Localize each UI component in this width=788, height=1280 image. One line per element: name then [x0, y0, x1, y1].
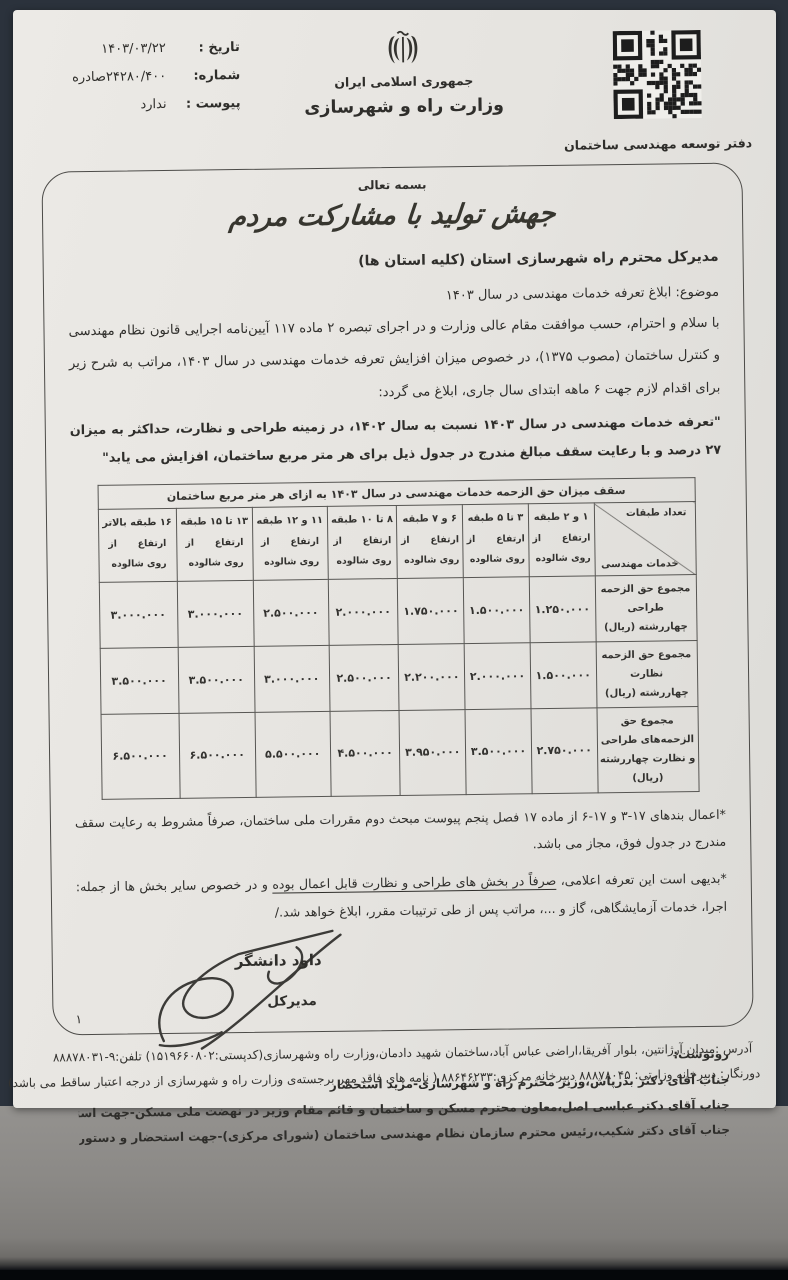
table-header-row: تعداد طبقات خدمات مهندسی ۱ و ۲ طبقهارتفا…	[98, 502, 696, 582]
footnote-2-prefix: *بدیهی است این تعرفه اعلامی،	[556, 871, 727, 888]
cell-value: ۶.۵۰۰.۰۰۰	[101, 713, 180, 799]
column-floors: ۱۶ طبقه بالاتر	[99, 515, 174, 533]
handwritten-signature	[136, 923, 378, 1060]
column-note: ارتفاع از روی شالوده	[467, 529, 526, 571]
cell-value: ۲.۵۰۰.۰۰۰	[329, 644, 400, 711]
highlight-paragraph: "تعرفه خدمات مهندسی در سال ۱۴۰۳ نسبت به …	[70, 409, 722, 473]
cell-value: ۲.۷۵۰.۰۰۰	[531, 707, 598, 793]
row-label-main: مجموع حق الزحمه طراحی	[600, 583, 690, 614]
column-note: ارتفاع از روی شالوده	[185, 533, 244, 575]
recipient-line: مدیرکل محترم راه شهرسازی استان (کلیه است…	[68, 249, 719, 274]
row-label-main: مجموع حق الزحمه‌های طراحی	[601, 715, 694, 746]
column-header: ۸ تا ۱۰ طبقهارتفاع از روی شالوده	[327, 506, 398, 579]
letterhead: دفتر توسعه مهندسی ساختمان	[32, 19, 749, 159]
meta-number: شماره: ۲۴۲۸۰/۴۰۰صادره	[32, 68, 240, 86]
bottom-black-bar	[0, 1270, 788, 1280]
footnote-1: *اعمال بندهای ۱۷-۳ و ۱۷-۶ از ماده ۱۷ فصل…	[75, 800, 727, 864]
cell-value: ۱.۵۰۰.۰۰۰	[463, 576, 530, 643]
column-header: ۱۱ و ۱۲ طبقهارتفاع از روی شالوده	[252, 506, 328, 580]
cell-value: ۱.۵۰۰.۰۰۰	[530, 641, 597, 708]
bismillah: بسمه تعالی	[67, 174, 718, 197]
letterhead-center: جمهوری اسلامی ایران وزارت راه و شهرسازی	[240, 22, 568, 119]
attachment-label: پیوست :	[166, 96, 240, 112]
date-label: تاریخ :	[166, 40, 240, 56]
row-label-sub: چهاررشته (ریال)	[605, 687, 689, 699]
cell-value: ۳.۰۰۰.۰۰۰	[99, 581, 178, 648]
column-floors: ۱۱ و ۱۲ طبقه	[254, 513, 326, 531]
cell-value: ۳.۹۵۰.۰۰۰	[399, 709, 466, 795]
cell-value: ۲.۵۰۰.۰۰۰	[253, 579, 329, 646]
date-value: ۱۴۰۳/۰۳/۲۲	[101, 41, 166, 57]
page-number: ۱	[75, 1012, 82, 1026]
row-label: مجموع حق الزحمه طراحیچهاررشته (ریال)	[595, 574, 697, 641]
letterhead-right: دفتر توسعه مهندسی ساختمان	[567, 19, 749, 152]
iran-emblem-icon	[385, 53, 422, 72]
cell-value: ۲.۰۰۰.۰۰۰	[464, 642, 531, 709]
meta-date: تاریخ : ۱۴۰۳/۰۳/۲۲	[32, 40, 240, 58]
diagonal-bottom-label: خدمات مهندسی	[601, 558, 679, 570]
table-row-design: مجموع حق الزحمه طراحیچهاررشته (ریال) ۱.۲…	[99, 574, 697, 648]
letter-frame: بسمه تعالی جهش تولید با مشارکت مردم مدیر…	[41, 162, 753, 1035]
ministry-name: وزارت راه و شهرسازی	[240, 95, 567, 119]
column-floors: ۸ تا ۱۰ طبقه	[329, 512, 396, 530]
column-header: ۱۶ طبقه بالاترارتفاع از روی شالوده	[98, 508, 177, 582]
cell-value: ۳.۵۰۰.۰۰۰	[178, 646, 255, 713]
cell-value: ۳.۰۰۰.۰۰۰	[254, 645, 330, 712]
table-diagonal-cell: تعداد طبقات خدمات مهندسی	[594, 502, 696, 576]
cell-value: ۵.۵۰۰.۰۰۰	[255, 711, 331, 797]
letter-paper: دفتر توسعه مهندسی ساختمان	[13, 10, 776, 1108]
row-label-sub: چهاررشته (ریال)	[604, 621, 688, 633]
column-note: ارتفاع از روی شالوده	[108, 534, 167, 576]
column-header: ۶ و ۷ طبقهارتفاع از روی شالوده	[397, 505, 464, 578]
number-label: شماره:	[166, 68, 240, 84]
body-paragraph: با سلام و احترام، حسب موافقت مقام عالی و…	[68, 308, 720, 414]
cell-value: ۴.۵۰۰.۰۰۰	[330, 710, 401, 796]
table-row-total: مجموع حق الزحمه‌های طراحیو نظارت چهاررشت…	[101, 706, 699, 799]
footnote-2: *بدیهی است این تعرفه اعلامی، صرفاً در بخ…	[76, 865, 728, 929]
country-name: جمهوری اسلامی ایران	[240, 72, 567, 91]
column-header: ۱۳ تا ۱۵ طبقهارتفاع از روی شالوده	[176, 507, 253, 581]
column-header: ۱ و ۲ طبقهارتفاع از روی شالوده	[528, 503, 595, 576]
qr-code-icon	[613, 30, 702, 119]
column-floors: ۱ و ۲ طبقه	[530, 509, 593, 526]
attachment-value: ندارد	[140, 97, 166, 112]
letterhead-meta: تاریخ : ۱۴۰۳/۰۳/۲۲ شماره: ۲۴۲۸۰/۴۰۰صادره…	[32, 26, 241, 127]
diagonal-top-label: تعداد طبقات	[626, 507, 687, 519]
tariff-table: سقف میزان حق الزحمه خدمات مهندسی در سال …	[97, 477, 699, 799]
column-floors: ۳ تا ۵ طبقه	[464, 510, 527, 527]
cell-value: ۱.۲۵۰.۰۰۰	[529, 575, 596, 642]
signature-block: داود دانشگر مدیرکل	[76, 926, 728, 1051]
cell-value: ۲.۲۰۰.۰۰۰	[399, 643, 466, 710]
cell-value: ۳.۰۰۰.۰۰۰	[177, 580, 254, 647]
row-label: مجموع حق الزحمه‌های طراحیو نظارت چهاررشت…	[596, 706, 698, 792]
table-row-supervision: مجموع حق الزحمه نظارتچهاررشته (ریال) ۱.۵…	[100, 640, 698, 714]
subject-line: موضوع: ابلاغ تعرفه خدمات مهندسی در سال ۱…	[68, 285, 719, 309]
column-note: ارتفاع از روی شالوده	[401, 530, 460, 572]
column-note: ارتفاع از روی شالوده	[261, 532, 320, 574]
cell-value: ۲.۰۰۰.۰۰۰	[328, 578, 399, 645]
meta-attachment: پیوست : ندارد	[32, 96, 240, 114]
column-floors: ۱۳ تا ۱۵ طبقه	[177, 514, 250, 532]
column-note: ارتفاع از روی شالوده	[333, 531, 392, 573]
signatory-name: داود دانشگر	[235, 951, 322, 970]
office-name: دفتر توسعه مهندسی ساختمان	[564, 135, 752, 152]
year-slogan-calligraphy: جهش تولید با مشارکت مردم	[66, 196, 720, 236]
cell-value: ۳.۵۰۰.۰۰۰	[465, 708, 532, 794]
cell-value: ۳.۵۰۰.۰۰۰	[100, 647, 179, 714]
row-label-sub: و نظارت چهاررشته (ریال)	[600, 753, 695, 784]
footnote-2-underlined: صرفاً در بخش های طراحی و نظارت قابل اعما…	[272, 873, 556, 892]
number-value: ۲۴۲۸۰/۴۰۰صادره	[72, 69, 166, 85]
cell-value: ۶.۵۰۰.۰۰۰	[179, 712, 256, 798]
row-label: مجموع حق الزحمه نظارتچهاررشته (ریال)	[596, 640, 698, 707]
cell-value: ۱.۷۵۰.۰۰۰	[398, 577, 465, 644]
column-floors: ۶ و ۷ طبقه	[398, 511, 461, 528]
column-header: ۳ تا ۵ طبقهارتفاع از روی شالوده	[462, 504, 529, 577]
row-label-main: مجموع حق الزحمه نظارت	[601, 649, 691, 680]
signatory-title: مدیرکل	[267, 993, 317, 1010]
column-note: ارتفاع از روی شالوده	[532, 528, 591, 570]
